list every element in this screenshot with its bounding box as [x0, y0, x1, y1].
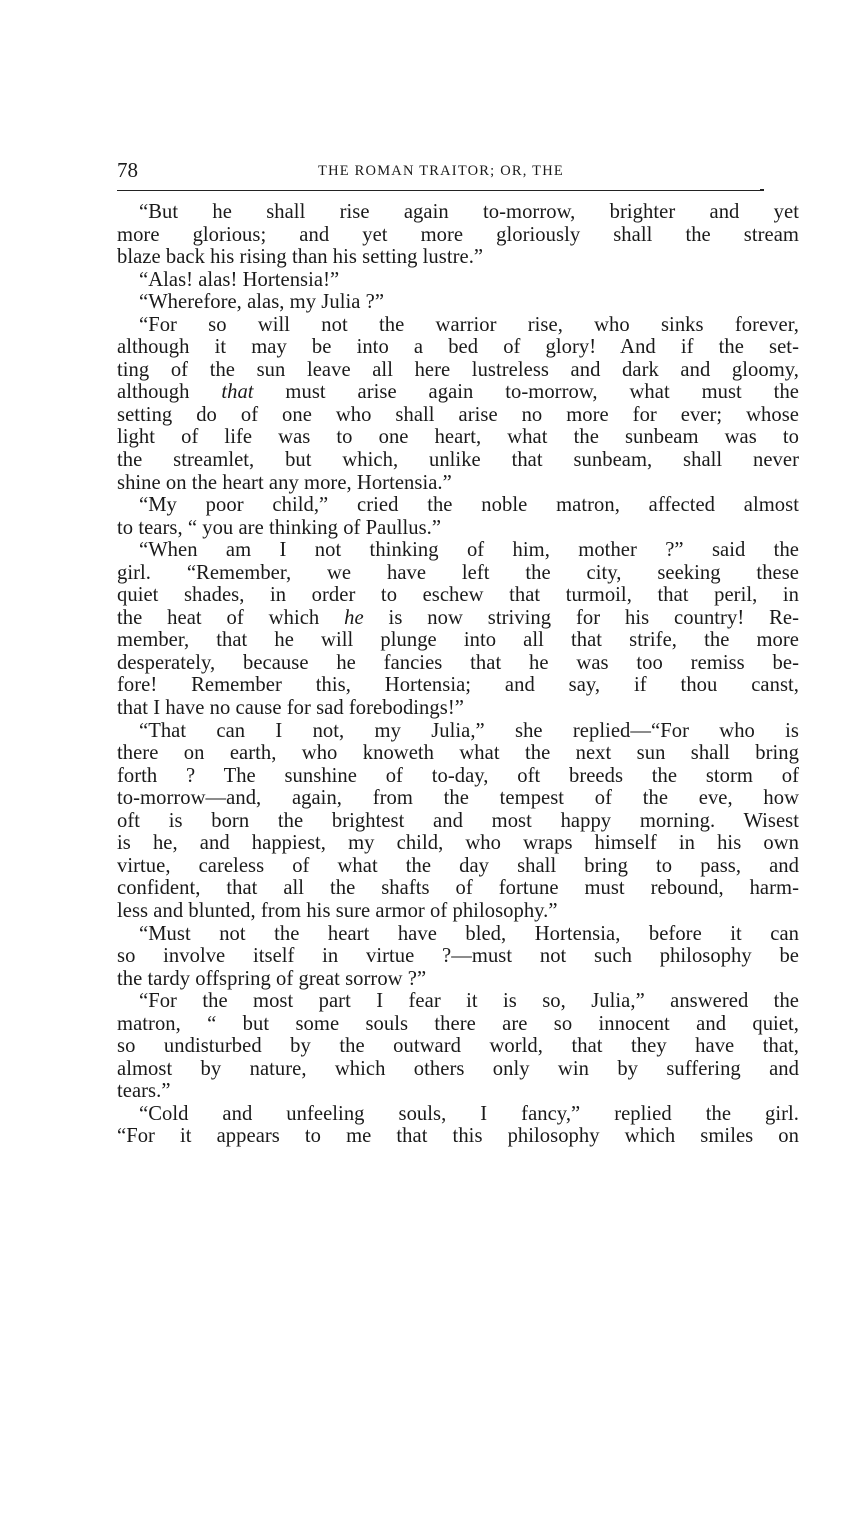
text-line: “Wherefore, alas, my Julia ?”: [117, 291, 799, 314]
text-line: “Cold and unfeeling souls, I fancy,” rep…: [117, 1103, 799, 1126]
paragraph: “For so will not the warrior rise, who s…: [117, 314, 799, 494]
text-line: virtue, careless of what the day shall b…: [117, 855, 799, 878]
text-line: “My poor child,” cried the noble matron,…: [117, 494, 799, 517]
text-line: although it may be into a bed of glory! …: [117, 336, 799, 359]
running-title: THE ROMAN TRAITOR; OR, THE: [117, 161, 765, 181]
text-line: blaze back his rising than his setting l…: [117, 246, 799, 269]
text-line: so undisturbed by the outward world, tha…: [117, 1035, 799, 1058]
body-text: “But he shall rise again to-morrow, brig…: [117, 201, 799, 1148]
text-line: light of life was to one heart, what the…: [117, 426, 799, 449]
text-line: so involve itself in virtue ?—must not s…: [117, 945, 799, 968]
text-line: less and blunted, from his sure armor of…: [117, 900, 799, 923]
header-rule: [117, 190, 762, 191]
italic-emphasis: that: [221, 381, 253, 403]
text-line: “That can I not, my Julia,” she replied—…: [117, 720, 799, 743]
paragraph: “For the most part I fear it is so, Juli…: [117, 990, 799, 1103]
text-line: is he, and happiest, my child, who wraps…: [117, 832, 799, 855]
paragraph: “Alas! alas! Hortensia!”: [117, 269, 799, 292]
text-line: the streamlet, but which, unlike that su…: [117, 449, 799, 472]
text-line: to tears, “ you are thinking of Paullus.…: [117, 517, 799, 540]
text-line: desperately, because he fancies that he …: [117, 652, 799, 675]
book-page: 78 THE ROMAN TRAITOR; OR, THE “But he sh…: [117, 158, 799, 1148]
paragraph: “Cold and unfeeling souls, I fancy,” rep…: [117, 1103, 799, 1148]
text-line: “For so will not the warrior rise, who s…: [117, 314, 799, 337]
paragraph: “But he shall rise again to-morrow, brig…: [117, 201, 799, 269]
paragraph: “When am I not thinking of him, mother ?…: [117, 539, 799, 719]
text-line: “Alas! alas! Hortensia!”: [117, 269, 799, 292]
text-line: there on earth, who knoweth what the nex…: [117, 742, 799, 765]
text-line: forth ? The sunshine of to-day, oft bree…: [117, 765, 799, 788]
text-line: although that must arise again to-morrow…: [117, 381, 799, 404]
text-line: “For it appears to me that this philosop…: [117, 1125, 799, 1148]
text-line: member, that he will plunge into all tha…: [117, 629, 799, 652]
text-line: “For the most part I fear it is so, Juli…: [117, 990, 799, 1013]
text-line: oft is born the brightest and most happy…: [117, 810, 799, 833]
italic-emphasis: he: [344, 607, 364, 629]
text-line: “But he shall rise again to-morrow, brig…: [117, 201, 799, 224]
text-line: quiet shades, in order to eschew that tu…: [117, 584, 799, 607]
running-head: 78 THE ROMAN TRAITOR; OR, THE: [117, 158, 799, 184]
text-line: setting do of one who shall arise no mor…: [117, 404, 799, 427]
text-line: matron, “ but some souls there are so in…: [117, 1013, 799, 1036]
text-line: shine on the heart any more, Hortensia.”: [117, 472, 799, 495]
text-line: the heat of which he is now striving for…: [117, 607, 799, 630]
text-line: fore! Remember this, Hortensia; and say,…: [117, 674, 799, 697]
text-line: ting of the sun leave all here lustreles…: [117, 359, 799, 382]
paragraph: “Wherefore, alas, my Julia ?”: [117, 291, 799, 314]
paragraph: “That can I not, my Julia,” she replied—…: [117, 720, 799, 923]
text-line: confident, that all the shafts of fortun…: [117, 877, 799, 900]
text-line: girl. “Remember, we have left the city, …: [117, 562, 799, 585]
text-line: “Must not the heart have bled, Hortensia…: [117, 923, 799, 946]
text-line: “When am I not thinking of him, mother ?…: [117, 539, 799, 562]
paragraph: “Must not the heart have bled, Hortensia…: [117, 923, 799, 991]
text-line: tears.”: [117, 1080, 799, 1103]
text-line: that I have no cause for sad forebodings…: [117, 697, 799, 720]
paragraph: “My poor child,” cried the noble matron,…: [117, 494, 799, 539]
text-line: the tardy offspring of great sorrow ?”: [117, 968, 799, 991]
text-line: to-morrow—and, again, from the tempest o…: [117, 787, 799, 810]
text-line: more glorious; and yet more gloriously s…: [117, 224, 799, 247]
text-line: almost by nature, which others only win …: [117, 1058, 799, 1081]
